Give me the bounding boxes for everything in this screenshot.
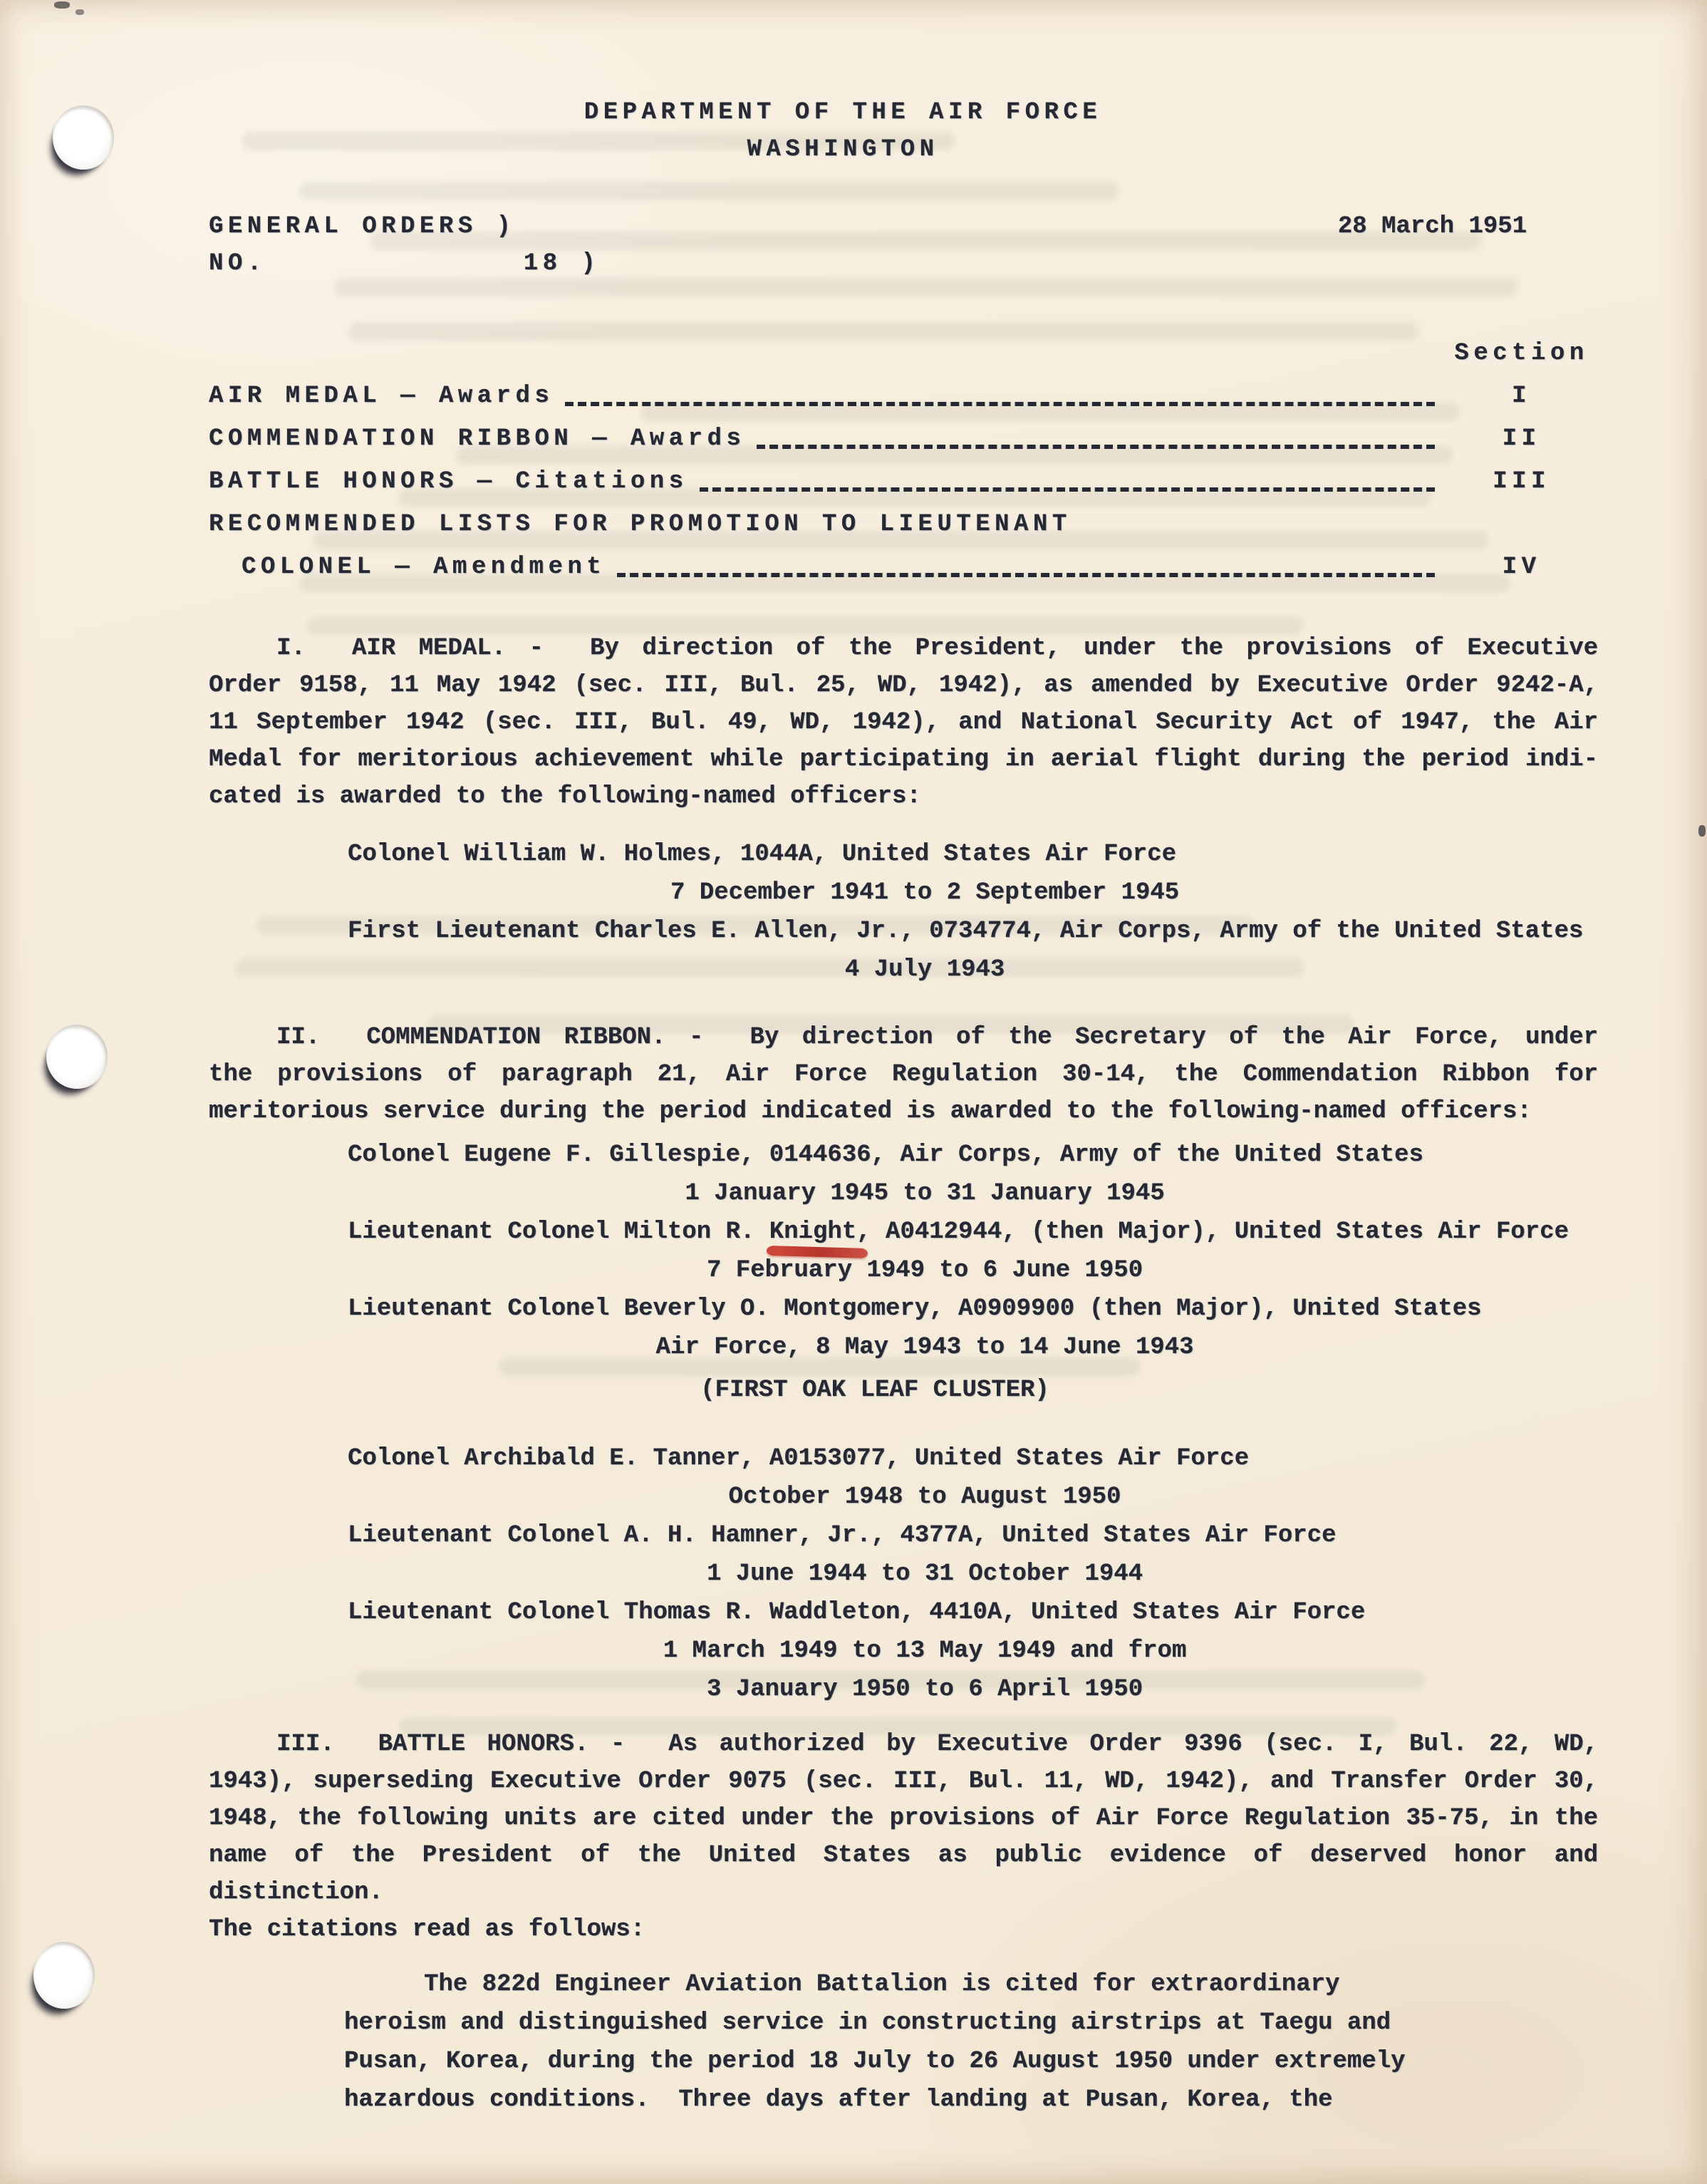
officer-date-line: 1 March 1949 to 13 May 1949 and from <box>230 1632 1619 1670</box>
edge-speck <box>76 9 84 15</box>
paragraph-line: cated is awarded to the following-named … <box>209 778 1598 815</box>
toc-dash-leader <box>565 402 1435 406</box>
oak-leaf-cluster-officer-list: Colonel Archibald E. Tanner, A0153077, U… <box>209 1439 1598 1709</box>
toc-rows: AIR MEDAL — AwardsICOMMENDATION RIBBON —… <box>209 375 1598 589</box>
toc-dash-leader <box>700 487 1435 492</box>
commendation-ribbon-officer-list: Colonel Eugene F. Gillespie, 0144636, Ai… <box>209 1136 1598 1367</box>
toc-spacer <box>1072 503 1445 546</box>
officer-date-line: 7 February 1949 to 6 June 1950 <box>230 1251 1619 1290</box>
toc-section-numeral: II <box>1445 418 1598 460</box>
air-medal-officer-list: Colonel William W. Holmes, 1044A, United… <box>209 835 1598 989</box>
paragraph-line: the provisions of paragraph 21, Air Forc… <box>209 1056 1598 1093</box>
officer-date-line: 3 January 1950 to 6 April 1950 <box>230 1670 1619 1709</box>
table-of-contents: Section AIR MEDAL — AwardsICOMMENDATION … <box>209 332 1598 589</box>
paragraph-line: 1948, the following units are cited unde… <box>209 1800 1598 1837</box>
toc-section-numeral: I <box>1445 375 1598 418</box>
citation-line: Pusan, Korea, during the period 18 July … <box>344 2042 1477 2081</box>
toc-dash-leader <box>757 445 1435 449</box>
officer-name-line: Lieutenant Colonel Thomas R. Waddleton, … <box>209 1593 1598 1632</box>
punch-hole-top <box>53 105 114 170</box>
toc-section-numeral <box>1445 503 1598 546</box>
officer-date-line: 1 January 1945 to 31 January 1945 <box>230 1174 1619 1213</box>
document-content: DEPARTMENT OF THE AIR FORCE WASHINGTON G… <box>209 0 1598 2119</box>
document-body: I. AIR MEDAL. - By direction of the Pres… <box>209 630 1598 2119</box>
subheading: (FIRST OAK LEAF CLUSTER) <box>180 1371 1569 1409</box>
officer-name-line: Lieutenant Colonel Milton R. Knight, A04… <box>209 1213 1598 1251</box>
paragraph-line: I. AIR MEDAL. - By direction of the Pres… <box>209 630 1598 667</box>
orders-number-label: NO. <box>209 245 266 282</box>
officer-name-line: Colonel Eugene F. Gillespie, 0144636, Ai… <box>209 1136 1598 1174</box>
paragraph-line: name of the President of the United Stat… <box>209 1837 1598 1911</box>
officer-date-line: 7 December 1941 to 2 September 1945 <box>230 874 1619 912</box>
paragraph-line: III. BATTLE HONORS. - As authorized by E… <box>209 1726 1598 1763</box>
officer-date-line: Air Force, 8 May 1943 to 14 June 1943 <box>230 1328 1619 1367</box>
officer-name-line: Lieutenant Colonel A. H. Hamner, Jr., 43… <box>209 1516 1598 1555</box>
document-title: DEPARTMENT OF THE AIR FORCE <box>148 94 1537 131</box>
citation-line: heroism and distinguished service in con… <box>344 2004 1477 2042</box>
paragraph-line: Medal for meritorious achievement while … <box>209 741 1598 778</box>
toc-row-label: AIR MEDAL — Awards <box>209 375 554 418</box>
officer-date-line: October 1948 to August 1950 <box>230 1478 1619 1516</box>
toc-row-label: RECOMMENDED LISTS FOR PROMOTION TO LIEUT… <box>209 503 1072 546</box>
orders-number-value: 18 ) <box>524 245 601 282</box>
toc-row-label: COLONEL — Amendment <box>209 546 606 589</box>
toc-row: RECOMMENDED LISTS FOR PROMOTION TO LIEUT… <box>209 503 1598 546</box>
punch-hole-middle <box>46 1025 108 1089</box>
punch-hole-bottom <box>33 1942 95 2009</box>
document-date: 28 March 1951 <box>1338 208 1527 245</box>
citation-line: The 822d Engineer Aviation Battalion is … <box>344 1965 1477 2004</box>
toc-row: AIR MEDAL — AwardsI <box>209 375 1598 418</box>
toc-dash-leader <box>617 573 1435 577</box>
paragraph-line: The citations read as follows: <box>209 1911 1598 1948</box>
edge-speck <box>54 1 70 9</box>
toc-row-label: BATTLE HONORS — Citations <box>209 460 688 503</box>
orders-header: GENERAL ORDERS ) 28 March 1951 NO. 18 ) <box>209 208 1598 282</box>
edge-speck <box>1698 825 1706 837</box>
toc-row: BATTLE HONORS — CitationsIII <box>209 460 1598 503</box>
section-iii-battle-honors-paragraph: III. BATTLE HONORS. - As authorized by E… <box>209 1726 1598 1948</box>
toc-section-numeral: III <box>1445 460 1598 503</box>
officer-name-line: Colonel Archibald E. Tanner, A0153077, U… <box>209 1439 1598 1478</box>
officer-name-line: Lieutenant Colonel Beverly O. Montgomery… <box>209 1290 1598 1328</box>
scanned-document-page: DEPARTMENT OF THE AIR FORCE WASHINGTON G… <box>0 0 1707 2184</box>
general-orders-label: GENERAL ORDERS ) <box>209 208 515 245</box>
toc-row: COLONEL — AmendmentIV <box>209 546 1598 589</box>
paragraph-line: Order 9158, 11 May 1942 (sec. III, Bul. … <box>209 667 1598 704</box>
paragraph-line: II. COMMENDATION RIBBON. - By direction … <box>209 1019 1598 1056</box>
toc-section-numeral: IV <box>1445 546 1598 589</box>
officer-name-line: Colonel William W. Holmes, 1044A, United… <box>209 835 1598 874</box>
officer-date-line: 4 July 1943 <box>230 951 1619 989</box>
officer-name-line: First Lieutenant Charles E. Allen, Jr., … <box>209 912 1598 951</box>
toc-header-row: Section <box>209 332 1598 375</box>
822d-engineer-aviation-battalion-citation: The 822d Engineer Aviation Battalion is … <box>344 1965 1477 2119</box>
officer-date-line: 1 June 1944 to 31 October 1944 <box>230 1555 1619 1593</box>
toc-row-label: COMMENDATION RIBBON — Awards <box>209 418 745 460</box>
paragraph-line: 1943), superseding Executive Order 9075 … <box>209 1763 1598 1800</box>
toc-row: COMMENDATION RIBBON — AwardsII <box>209 418 1598 460</box>
first-oak-leaf-cluster-heading: (FIRST OAK LEAF CLUSTER) <box>209 1371 1598 1409</box>
document-subtitle: WASHINGTON <box>148 131 1537 168</box>
citation-line: hazardous conditions. Three days after l… <box>344 2081 1477 2119</box>
paragraph-line: 11 September 1942 (sec. III, Bul. 49, WD… <box>209 704 1598 741</box>
paragraph-line: meritorious service during the period in… <box>209 1093 1598 1130</box>
section-i-air-medal-paragraph: I. AIR MEDAL. - By direction of the Pres… <box>209 630 1598 815</box>
red-underline-annotation: Knight <box>769 1218 856 1246</box>
toc-section-header: Section <box>1445 332 1598 375</box>
section-ii-commendation-ribbon-paragraph: II. COMMENDATION RIBBON. - By direction … <box>209 1019 1598 1130</box>
